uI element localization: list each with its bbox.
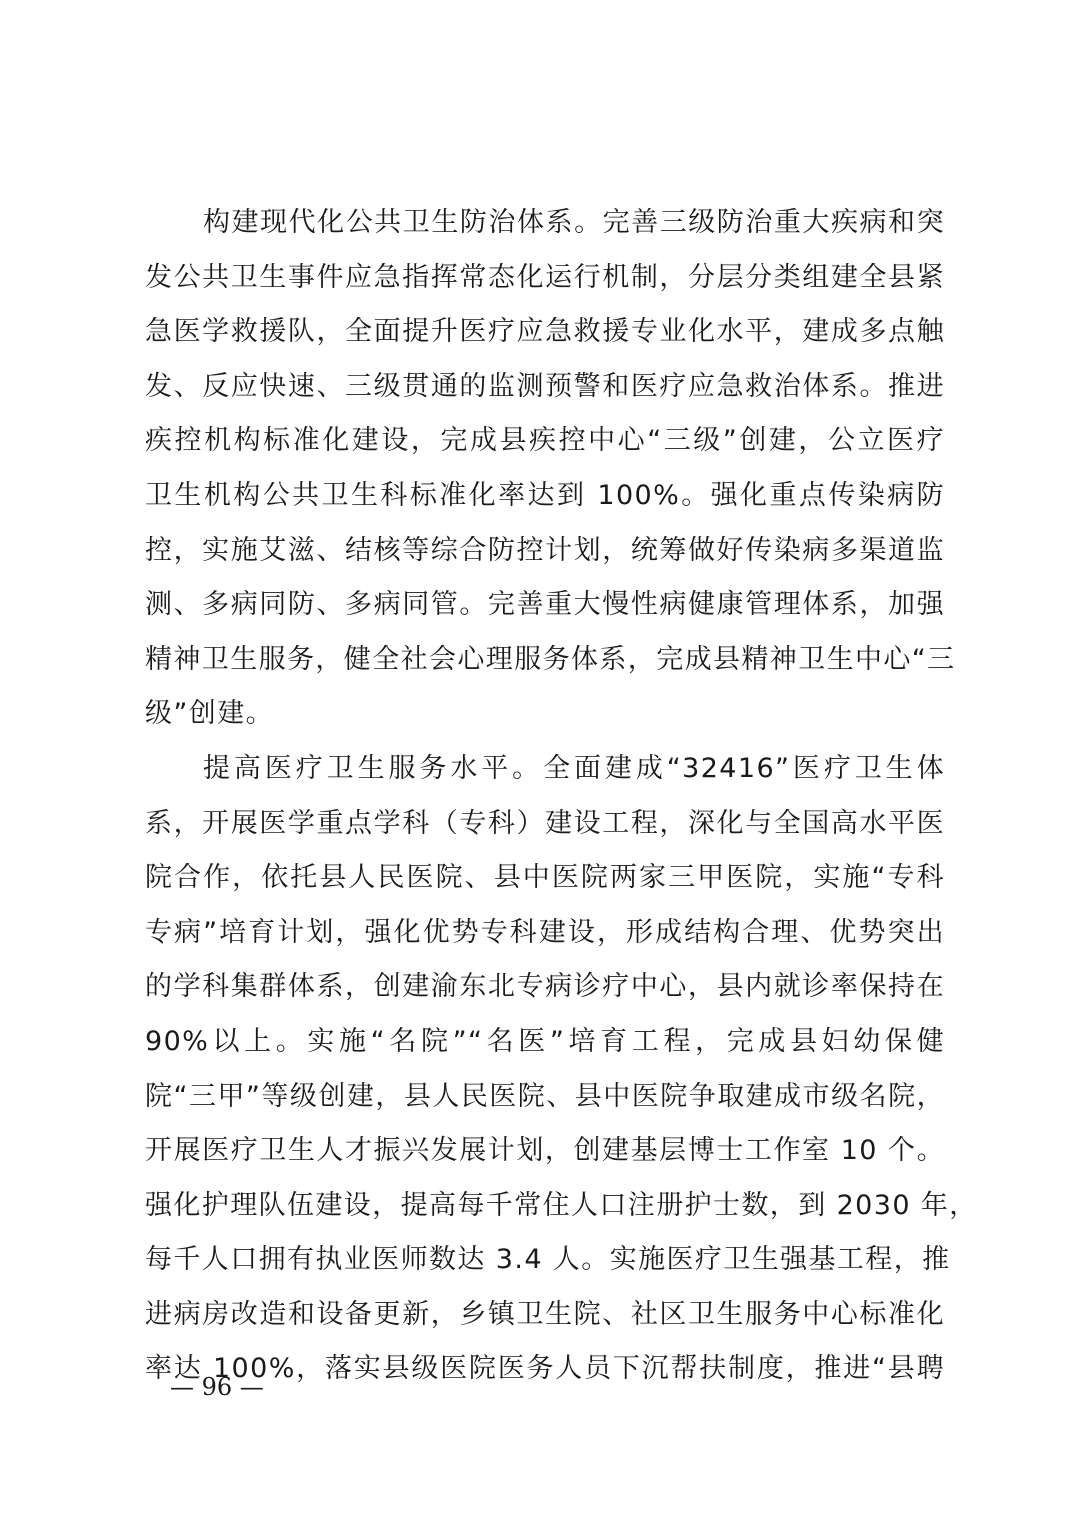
page-number: — 96 — (170, 1373, 264, 1401)
text-line: 疾控机构标准化建设，完成县疾控中心“三级”创建，公立医疗 (145, 414, 945, 469)
text-line: 测、多病同防、多病同管。完善重大慢性病健康管理体系，加强 (145, 578, 945, 633)
text-line: 发公共卫生事件应急指挥常态化运行机制，分层分类组建全县紧 (145, 251, 945, 306)
text-line: 院合作，依托县人民医院、县中医院两家三甲医院，实施“专科 (145, 851, 945, 906)
text-line: 控，实施艾滋、结核等综合防控计划，统筹做好传染病多渠道监 (145, 524, 945, 579)
text-line: 构建现代化公共卫生防治体系。完善三级防治重大疾病和突 (145, 196, 945, 251)
body-text: 构建现代化公共卫生防治体系。完善三级防治重大疾病和突 发公共卫生事件应急指挥常态… (145, 196, 945, 1397)
text-line: 每千人口拥有执业医师数达 3.4 人。实施医疗卫生强基工程，推 (145, 1233, 945, 1288)
document-page: 构建现代化公共卫生防治体系。完善三级防治重大疾病和突 发公共卫生事件应急指挥常态… (0, 0, 1074, 1520)
text-line: 率达 100%，落实县级医院医务人员下沉帮扶制度，推进“县聘 (145, 1342, 945, 1397)
text-line: 90%以上。实施“名院”“名医”培育工程，完成县妇幼保健 (145, 1015, 945, 1070)
text-line: 强化护理队伍建设，提高每千常住人口注册护士数，到 2030 年， (145, 1179, 945, 1234)
text-line: 级”创建。 (145, 687, 945, 742)
text-line: 专病”培育计划，强化优势专科建设，形成结构合理、优势突出 (145, 906, 945, 961)
text-line: 院“三甲”等级创建，县人民医院、县中医院争取建成市级名院， (145, 1070, 945, 1125)
text-line: 提高医疗卫生服务水平。全面建成“32416”医疗卫生体 (145, 742, 945, 797)
text-line: 精神卫生服务，健全社会心理服务体系，完成县精神卫生中心“三 (145, 633, 945, 688)
text-line: 发、反应快速、三级贯通的监测预警和医疗应急救治体系。推进 (145, 360, 945, 415)
text-line: 开展医疗卫生人才振兴发展计划，创建基层博士工作室 10 个。 (145, 1124, 945, 1179)
text-line: 急医学救援队，全面提升医疗应急救援专业化水平，建成多点触 (145, 305, 945, 360)
text-line: 系，开展医学重点学科（专科）建设工程，深化与全国高水平医 (145, 797, 945, 852)
text-line: 进病房改造和设备更新，乡镇卫生院、社区卫生服务中心标准化 (145, 1288, 945, 1343)
text-line: 卫生机构公共卫生科标准化率达到 100%。强化重点传染病防 (145, 469, 945, 524)
text-line: 的学科集群体系，创建渝东北专病诊疗中心，县内就诊率保持在 (145, 960, 945, 1015)
